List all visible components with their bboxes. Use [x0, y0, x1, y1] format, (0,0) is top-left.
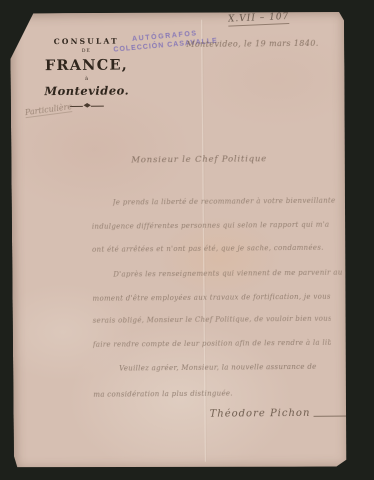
paper-sheet: X.VII – 107 CONSULAT DE FRANCE, à Montev… [10, 11, 348, 470]
body-line: serais obligé, Monsieur le Chef Politiqu… [93, 315, 331, 325]
signature-flourish [313, 416, 347, 417]
signature-name: Théodore Pichon [210, 408, 311, 420]
dateline: Montevideo, le 19 mars 1840. [186, 39, 319, 49]
closing-line: Veuillez agréer, Monsieur, la nouvelle a… [119, 362, 357, 372]
scanned-letter-page: { "document": { "archival_number": "X.VI… [0, 0, 374, 480]
ornament-rule-right [91, 105, 104, 106]
manuscript-note: Particulière [24, 102, 72, 118]
body-line: Je prends la liberté de recommander à vo… [113, 197, 351, 207]
letterhead-france: FRANCE, [32, 56, 140, 74]
body-line: faire rendre compte de leur position afi… [93, 339, 331, 349]
body-line: ont été arrêtées et n'ont pas été, que j… [92, 244, 330, 254]
body-line: D'après les renseignements qui viennent … [113, 268, 351, 278]
signature-block: Théodore Pichon [208, 408, 348, 420]
ornament-diamond-icon: ◆ [83, 103, 90, 109]
closing-line: ma considération la plus distinguée. [93, 389, 331, 399]
body-line: indulgence différentes personnes qui sel… [92, 221, 330, 231]
letterhead-a: à [33, 75, 141, 82]
body-line: moment d'être employées aux travaux de f… [92, 293, 330, 303]
letterhead-montevideo: Montevideo. [33, 83, 141, 98]
salutation: Monsieur le Chef Politique [131, 154, 267, 165]
archival-number: X.VII – 107 [228, 12, 290, 27]
